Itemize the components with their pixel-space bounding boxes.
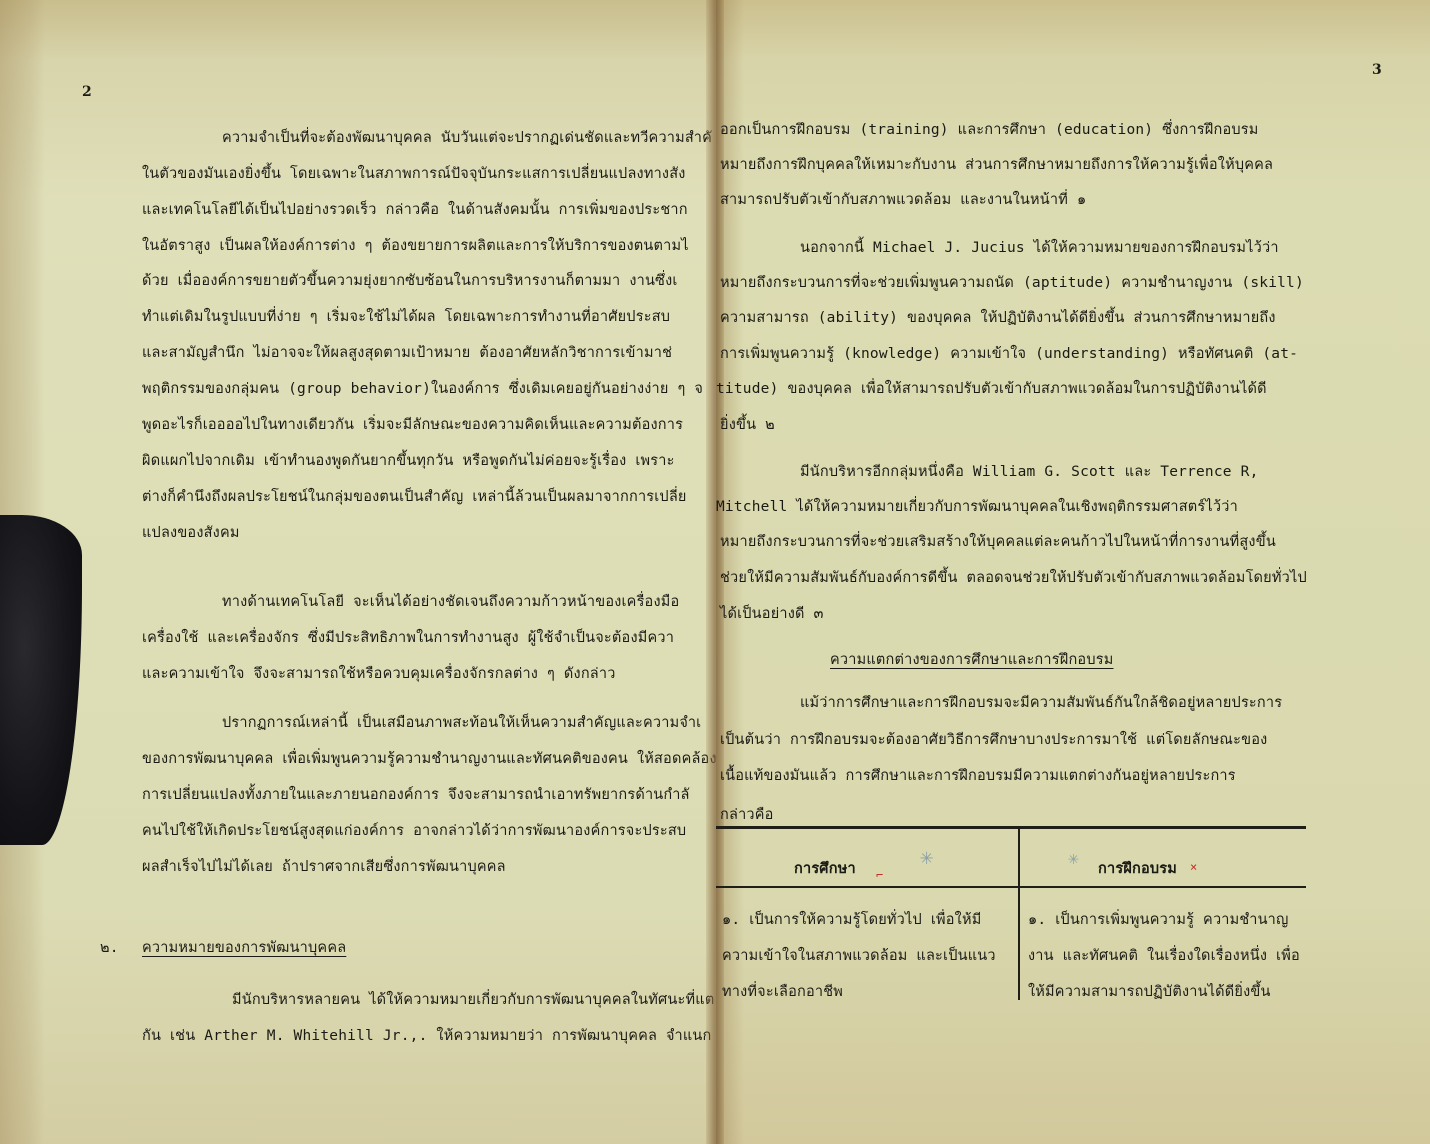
text-line: มีนักบริหารหลายคน ได้ให้ความหมายเกี่ยวกั… — [232, 988, 714, 1011]
page-number-left: 2 — [82, 84, 92, 100]
text-line: การเพิ่มพูนความรู้ (knowledge) ความเข้าใ… — [720, 342, 1298, 365]
text-line: หมายถึงกระบวนการที่จะช่วยเพิ่มพูนความถนั… — [720, 271, 1304, 294]
text-line: ปรากฏการณ์เหล่านี้ เป็นเสมือนภาพสะท้อนให… — [222, 711, 701, 734]
text-line: ด้วย เมื่อองค์การขยายตัวขึ้นความยุ่งยากซ… — [142, 269, 678, 292]
text-line: ความสามารถ (ability) ของบุคคล ให้ปฏิบัติ… — [720, 306, 1276, 329]
text-line: ของการพัฒนาบุคคล เพื่อเพิ่มพูนความรู้ควา… — [142, 747, 717, 770]
right-page-content: 3 ออกเป็นการฝึกอบรม (training) และการศึก… — [716, 0, 1430, 1144]
text-line: ช่วยให้มีความสัมพันธ์กับองค์การดีขึ้น ตล… — [720, 566, 1307, 589]
text-line: ได้เป็นอย่างดี ๓ — [720, 602, 824, 625]
text-line: และสามัญสำนึก ไม่อาจจะให้ผลสูงสุดตามเป้า… — [142, 341, 672, 364]
text-line: ต่างก็คำนึงถึงผลประโยชน์ในกลุ่มของตนเป็น… — [142, 485, 687, 508]
text-line: การเปลี่ยนแปลงทั้งภายในและภายนอกองค์การ … — [142, 783, 690, 806]
text-line: เป็นต้นว่า การฝึกอบรมจะต้องอาศัยวิธีการศ… — [720, 728, 1267, 751]
text-line: แปลงของสังคม — [142, 521, 240, 544]
table-cell-line: ทางที่จะเลือกอาชีพ — [722, 980, 843, 1003]
text-line: ผิดแผกไปจากเดิม เข้าทำนองพูดกันยากขึ้นทุ… — [142, 449, 675, 472]
text-line: มีนักบริหารอีกกลุ่มหนึ่งคือ William G. S… — [800, 460, 1259, 483]
asterisk-mark-icon: ✳ — [1068, 848, 1079, 869]
text-line: เนื้อแท้ของมันแล้ว การศึกษาและการฝึกอบรม… — [720, 764, 1236, 787]
table-top-rule — [716, 826, 1306, 829]
table-cell-line: ๑. เป็นการเพิ่มพูนความรู้ ความชำนาญ — [1028, 908, 1289, 931]
text-line: เครื่องใช้ และเครื่องจักร ซึ่งมีประสิทธิ… — [142, 626, 674, 649]
text-line: titude) ของบุคคล เพื่อให้สามารถปรับตัวเข… — [716, 377, 1267, 400]
table-header-rule — [716, 886, 1306, 888]
text-line: กล่าวคือ — [720, 803, 774, 826]
text-line: ทำแต่เดิมในรูปแบบที่ง่าย ๆ เริ่มจะใช้ไม่… — [142, 305, 670, 328]
text-line: และเทคโนโลยีได้เป็นไปอย่างรวดเร็ว กล่าวค… — [142, 198, 688, 221]
section-number: ๒. — [100, 936, 119, 959]
left-page-content: 2 ความจำเป็นที่จะต้องพัฒนาบุคคล นับวันแต… — [0, 0, 720, 1144]
text-line: สามารถปรับตัวเข้ากับสภาพแวดล้อม และงานใน… — [720, 188, 1086, 211]
page-number-right: 3 — [1372, 62, 1382, 78]
text-line: ยิ่งขึ้น ๒ — [720, 413, 775, 436]
text-line: ในตัวของมันเองยิ่งขึ้น โดยเฉพาะในสภาพการ… — [142, 162, 686, 185]
text-line: ในอัตราสูง เป็นผลให้องค์การต่าง ๆ ต้องขย… — [142, 234, 689, 257]
text-line: หมายถึงกระบวนการที่จะช่วยเสริมสร้างให้บุ… — [720, 530, 1276, 553]
section-title: ความหมายของการพัฒนาบุคคล — [142, 936, 346, 959]
text-line: ผลสำเร็จไปไม่ได้เลย ถ้าปราศจากเสียซึ่งกา… — [142, 855, 506, 878]
text-line: และความเข้าใจ จึงจะสามารถใช้หรือควบคุมเค… — [142, 662, 616, 685]
text-line: กัน เช่น Arther M. Whitehill Jr.,. ให้คว… — [142, 1024, 712, 1047]
text-line: ทางด้านเทคโนโลยี จะเห็นได้อย่างชัดเจนถึง… — [222, 590, 679, 613]
red-x-mark-icon: × — [1190, 860, 1197, 874]
table-cell-line: งาน และทัศนคติ ในเรื่องใดเรื่องหนึ่ง เพื… — [1028, 944, 1300, 967]
table-cell-line: ๑. เป็นการให้ความรู้โดยทั่วไป เพื่อให้มี — [722, 908, 981, 931]
book-spread: 2 ความจำเป็นที่จะต้องพัฒนาบุคคล นับวันแต… — [0, 0, 1430, 1144]
text-line: Mitchell ได้ให้ความหมายเกี่ยวกับการพัฒนา… — [716, 495, 1238, 518]
table-cell-line: ความเข้าใจในสภาพแวดล้อม และเป็นแนว — [722, 944, 996, 967]
text-line: ความจำเป็นที่จะต้องพัฒนาบุคคล นับวันแต่จ… — [222, 126, 712, 149]
table-header-education: การศึกษา — [794, 857, 856, 880]
text-line: นอกจากนี้ Michael J. Jucius ได้ให้ความหม… — [800, 236, 1279, 259]
table-header-training: การฝึกอบรม — [1098, 857, 1177, 880]
text-line: แม้ว่าการศึกษาและการฝึกอบรมจะมีความสัมพั… — [800, 691, 1282, 714]
text-line: ออกเป็นการฝึกอบรม (training) และการศึกษา… — [720, 118, 1259, 141]
text-line: พูดอะไรก็เออออไปในทางเดียวกัน เริ่มจะมีล… — [142, 413, 683, 436]
asterisk-mark-icon: ✳ — [920, 845, 933, 870]
table-cell-line: ให้มีความสามารถปฏิบัติงานได้ดียิ่งขึ้น — [1028, 980, 1271, 1003]
text-line: หมายถึงการฝึกบุคคลให้เหมาะกับงาน ส่วนการ… — [720, 153, 1273, 176]
text-line: คนไปใช้ให้เกิดประโยชน์สูงสุดแก่องค์การ อ… — [142, 819, 686, 842]
red-tick-mark-icon: ⌐ — [876, 868, 883, 882]
subheading: ความแตกต่างของการศึกษาและการฝึกอบรม — [830, 648, 1113, 671]
text-line: พฤติกรรมของกลุ่มคน (group behavior)ในองค… — [142, 377, 703, 400]
table-column-separator — [1018, 828, 1020, 1000]
